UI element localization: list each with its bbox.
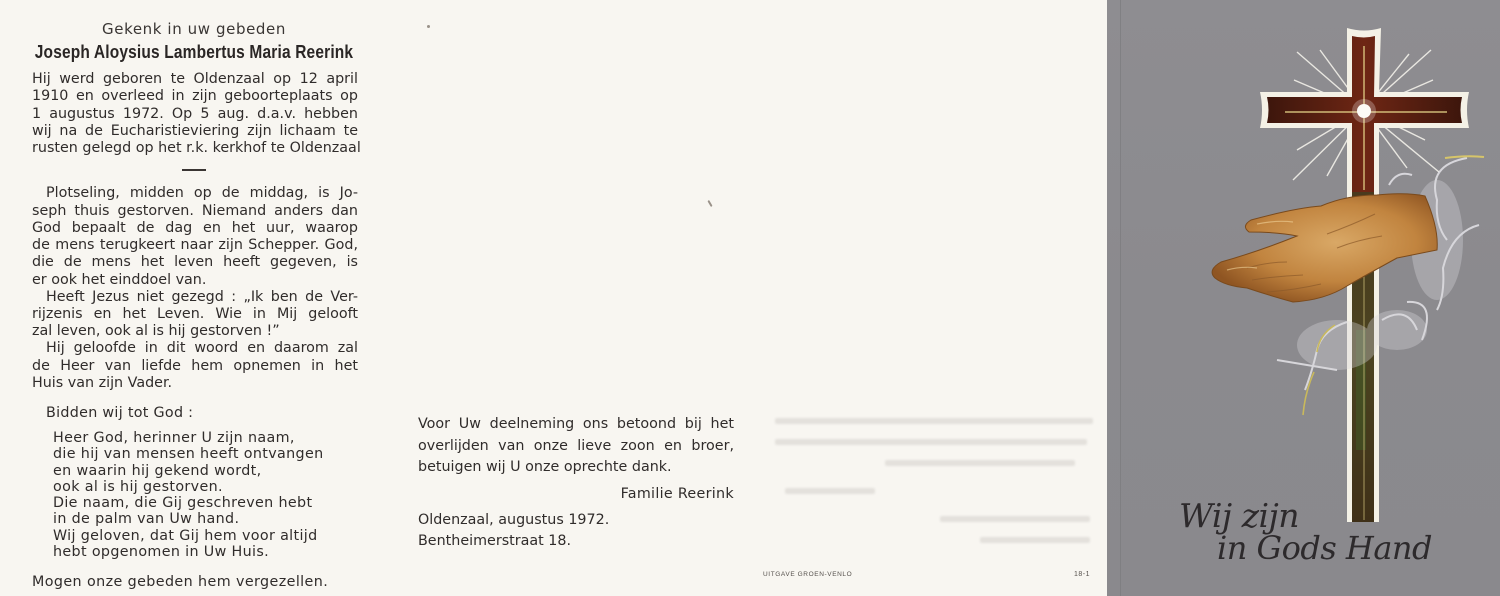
publisher-imprint: UITGAVE GROEN-VENLO [763, 571, 852, 578]
prayer-line: in de palm van Uw hand. [53, 511, 360, 527]
prayer-line: Wij geloven, dat Gij hem voor altijd [53, 528, 360, 544]
reflection-line: er ook het einddoel van. [32, 272, 358, 289]
memorial-card-sheet: Gekenk in uw gebeden Joseph Aloysius Lam… [0, 0, 1500, 596]
biography-line: rusten gelegd op het r.k. kerkhof te Old… [32, 140, 358, 157]
card-code: 18-1 [1074, 571, 1090, 578]
prayer-line: Heer God, herinner U zijn naam, [53, 430, 360, 446]
thank-you-text: Voor Uw deelneming ons betoond bij het o… [418, 414, 734, 479]
cover-motto: Wij zijn in Gods Hand [1177, 500, 1432, 564]
reflection-line: God bepaalt de dag en het uur, waarop [32, 220, 358, 237]
memorial-text-panel: Gekenk in uw gebeden Joseph Aloysius Lam… [28, 18, 360, 590]
prayer-line: hebt opgenomen in Uw Huis. [53, 544, 360, 560]
reflection: Plotseling, midden op de middag, is Jo- … [32, 185, 358, 391]
address-line: Oldenzaal, augustus 1972. [418, 510, 734, 532]
deceased-name: Joseph Aloysius Lambertus Maria Reerink [34, 42, 354, 63]
address-block: Oldenzaal, augustus 1972. Bentheimerstra… [418, 510, 734, 553]
reflection-line: rijzenis en het Leven. Wie in Mij geloof… [32, 306, 358, 323]
reflection-line: Hij geloofde in dit woord en daarom zal [32, 340, 358, 357]
prayer-line: Die naam, die Gij geschreven hebt [53, 495, 360, 511]
biography-line: 1910 en overleed in zijn geboorteplaats … [32, 88, 358, 105]
thank-you-panel: Voor Uw deelneming ons betoond bij het o… [418, 414, 734, 553]
prayer-line: en waarin hij gekend wordt, [53, 463, 360, 479]
reflection-line: Heeft Jezus niet gezegd : „Ik ben de Ver… [32, 289, 358, 306]
paper-speck [707, 200, 712, 207]
thank-you-line: Voor Uw deelneming ons betoond bij het [418, 414, 734, 436]
section-divider [182, 169, 206, 171]
closing-line: Mogen onze gebeden hem vergezellen. [32, 574, 360, 590]
motto-line-1: Wij zijn [1177, 500, 1432, 532]
paper-speck [427, 25, 430, 28]
reflection-line: seph thuis gestorven. Niemand anders dan [32, 203, 358, 220]
reflection-line: Huis van zijn Vader. [32, 375, 358, 392]
address-line: Bentheimerstraat 18. [418, 531, 734, 553]
prayer-line: ook al is hij gestorven. [53, 479, 360, 495]
biography-line: 1 augustus 1972. Op 5 aug. d.a.v. hebben [32, 106, 358, 123]
prayer: Heer God, herinner U zijn naam, die hij … [53, 430, 360, 560]
cover-panel: Wij zijn in Gods Hand [1107, 0, 1500, 596]
motto-line-2: in Gods Hand [1177, 532, 1432, 564]
show-through-text [775, 418, 1095, 558]
prayer-intro: Bidden wij tot God : [46, 405, 360, 421]
family-signature: Familie Reerink [418, 486, 734, 502]
reflection-line: de mens terugkeert naar zijn Schepper. G… [32, 237, 358, 254]
reflection-line: Plotseling, midden op de middag, is Jo- [32, 185, 358, 202]
reflection-line: die de mens het leven heeft gegeven, is [32, 254, 358, 271]
prayer-line: die hij van mensen heeft ontvangen [53, 446, 360, 462]
biography-line: wij na de Eucharistieviering zijn lichaa… [32, 123, 358, 140]
reflection-line: de Heer van liefde hem opnemen in het [32, 358, 358, 375]
reflection-line: zal leven, ook al is hij gestorven !” [32, 323, 358, 340]
intro-heading: Gekenk in uw gebeden [28, 20, 360, 38]
thank-you-line: betuigen wij U onze oprechte dank. [418, 457, 734, 479]
biography-line: Hij werd geboren te Oldenzaal op 12 apri… [32, 71, 358, 88]
biography: Hij werd geboren te Oldenzaal op 12 apri… [32, 71, 358, 157]
thank-you-line: overlijden van onze lieve zoon en broer, [418, 436, 734, 458]
